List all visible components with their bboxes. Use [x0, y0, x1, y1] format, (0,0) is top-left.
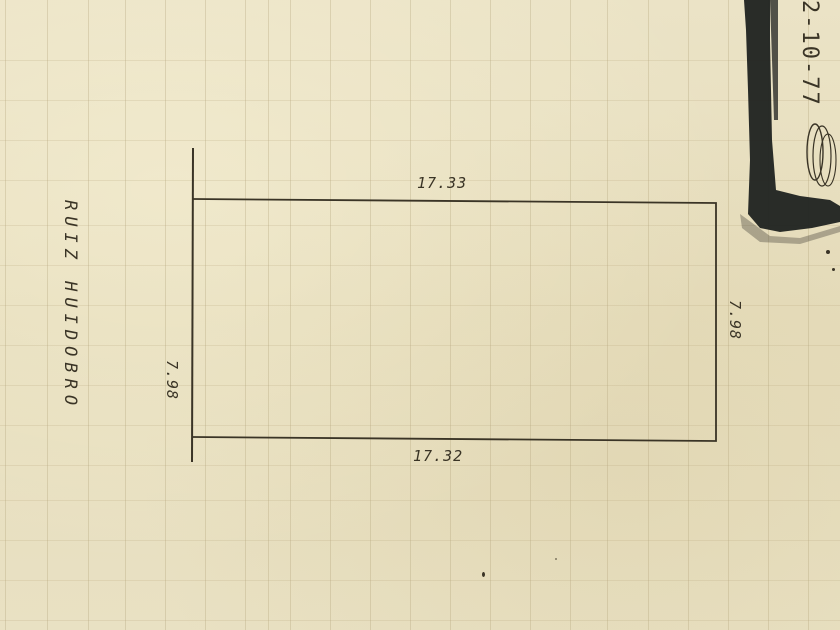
heavy-ink-mark [0, 0, 840, 630]
dimension-bottom: 17.32 [413, 447, 463, 465]
dimension-left: 7.98 [163, 360, 181, 400]
dimension-top: 17.33 [417, 174, 467, 192]
date-annotation: 2-10-77 [797, 0, 822, 107]
street-name-label: RUIZ HUIDOBRO [60, 200, 80, 411]
dimension-right: 7.98 [726, 300, 744, 340]
